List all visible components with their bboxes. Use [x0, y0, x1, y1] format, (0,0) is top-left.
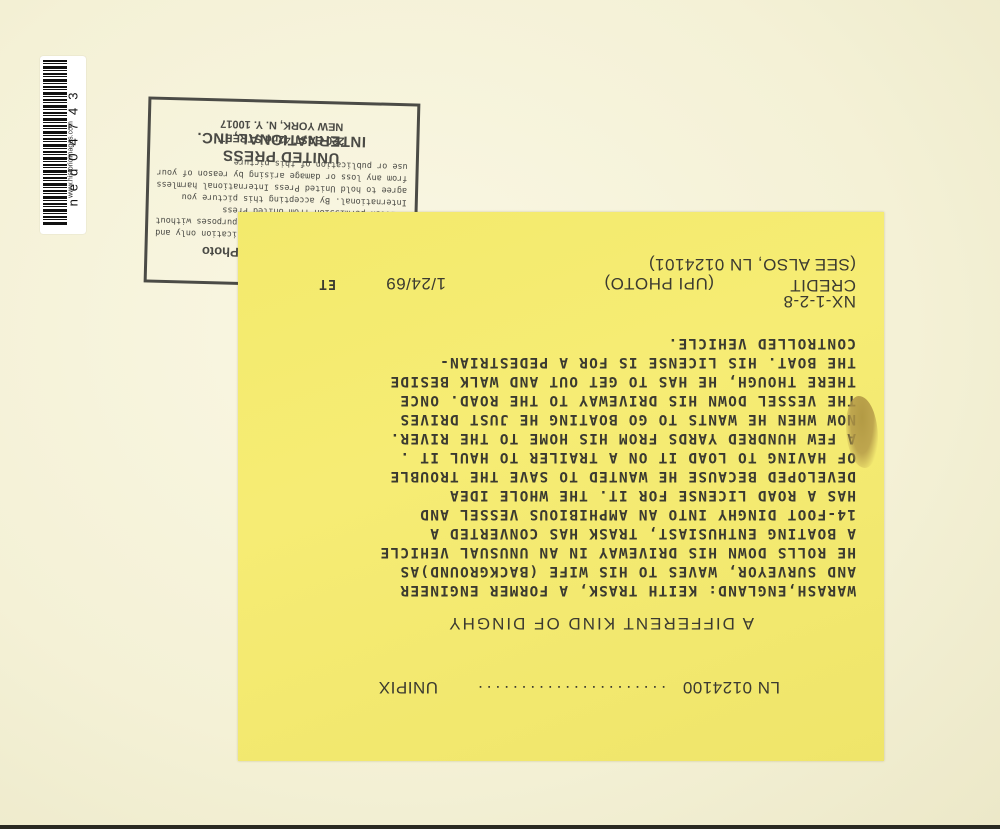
caption-title: A DIFFERENT KIND OF DINGHY	[447, 613, 754, 633]
caption-body-line: 14-FOOT DINGHY INTO AN AMPHIBIOUS VESSEL…	[419, 506, 856, 522]
caption-body-line: HAS A ROAD LICENSE FOR IT. THE WHOLE IDE…	[449, 487, 856, 503]
barcode-sticker: ned04743 www.historicimages.com	[40, 56, 86, 234]
scan-bottom-edge	[0, 825, 1000, 829]
caption-body-line: THE BOAT. HIS LICENSE IS FOR A PEDESTRIA…	[439, 354, 856, 370]
caption-header-id: LN 0124100	[682, 677, 780, 697]
caption-body-line: CONTROLLED VEHICLE.	[667, 335, 856, 351]
barcode-site: www.historicimages.com	[68, 105, 75, 215]
caption-body-line: A BOATING ENTHUSIAST, TRASK HAS CONVERTE…	[429, 525, 856, 541]
caption-body-line: WARASH,ENGLAND: KEITH TRASK, A FORMER EN…	[399, 582, 856, 598]
barcode-bars	[43, 60, 67, 226]
caption-body-line: THERE THOUGH, HE HAS TO GET OUT AND WALK…	[389, 373, 856, 389]
caption-header-leader: ......................	[474, 681, 666, 701]
caption-note: LN 0124100 ...................... UNIPIX…	[238, 212, 884, 761]
caption-body-line: DEVELOPED BECAUSE HE WANTED TO SAVE THE …	[389, 468, 856, 484]
caption-note-content: LN 0124100 ...................... UNIPIX…	[238, 212, 884, 761]
caption-body-line: HE ROLLS DOWN HIS DRIVEWAY IN AN UNUSUAL…	[379, 544, 856, 560]
caption-date: 1/24/69	[386, 273, 446, 293]
caption-header-agency: UNIPIX	[378, 677, 438, 697]
caption-body-line: OF HAVING TO LOAD IT ON A TRAILER TO HAU…	[399, 449, 856, 465]
caption-credit-label: CREDIT	[790, 278, 856, 293]
caption-body-line: A FEW HUNDRED YARDS FROM HIS HOME TO THE…	[389, 430, 856, 446]
caption-see-also: (SEE ALSO, LN 0124101)	[648, 254, 856, 274]
caption-body-line: AND SURVEYOR, WAVES TO HIS WIFE (BACKGRO…	[399, 563, 856, 579]
caption-timezone: ET	[318, 276, 336, 291]
caption-body-line: NOW WHEN HE WANTS TO GO BOATING HE JUST …	[399, 411, 856, 427]
caption-body-line: THE VESSEL DOWN HIS DRIVEWAY TO THE ROAD…	[399, 392, 856, 408]
caption-credit-value: (UPI PHOTO)	[604, 273, 714, 293]
